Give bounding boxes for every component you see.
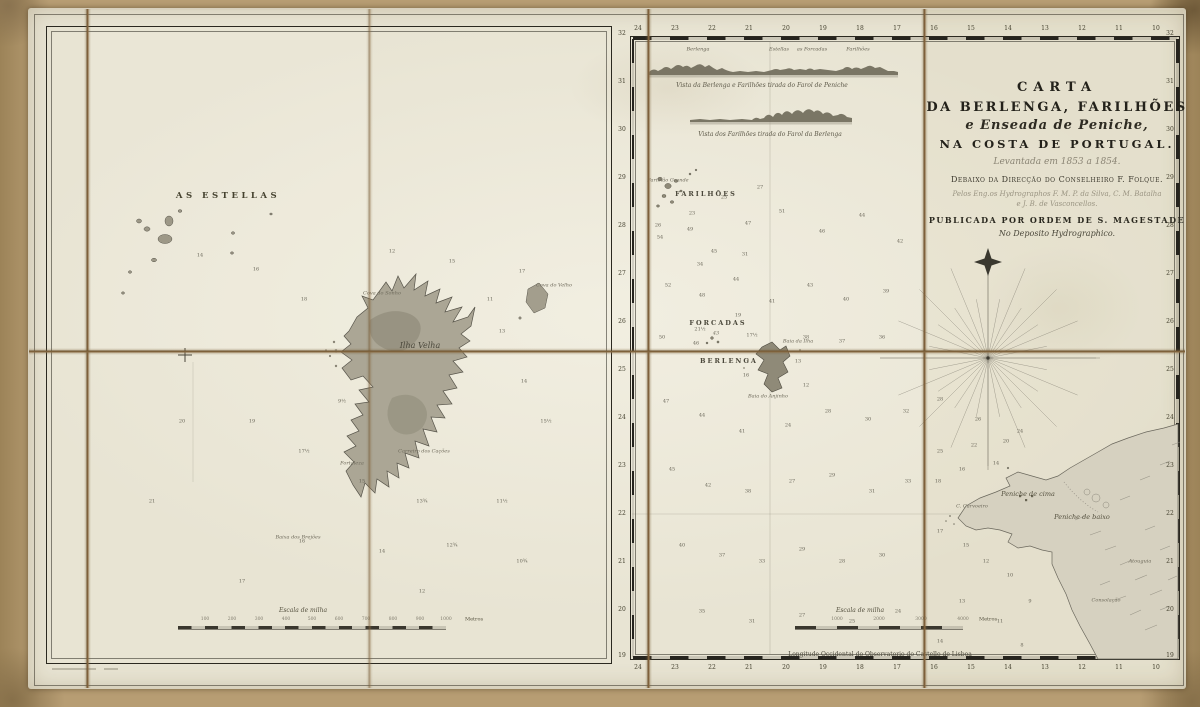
scale-bar-left <box>178 626 446 629</box>
scale-number: 4000 <box>957 618 968 623</box>
scale-caption-left: Escala de milha <box>279 608 327 614</box>
meridian-caption: Longitude Occidental do Observatorio do … <box>788 652 972 658</box>
scale-unit-right: Metros <box>979 618 997 623</box>
map-photo: CARTA DA BERLENGA, FARILHÕES e Enseada d… <box>0 0 1200 707</box>
scale-number: 1000 <box>831 618 842 623</box>
fold-line-horizontal <box>29 348 1185 355</box>
scale-number: 2000 <box>873 618 884 623</box>
scale-caption-right: Escala de milha <box>836 608 884 614</box>
scale-bar-right <box>795 626 963 629</box>
scale-unit-left: Metros <box>465 618 483 623</box>
